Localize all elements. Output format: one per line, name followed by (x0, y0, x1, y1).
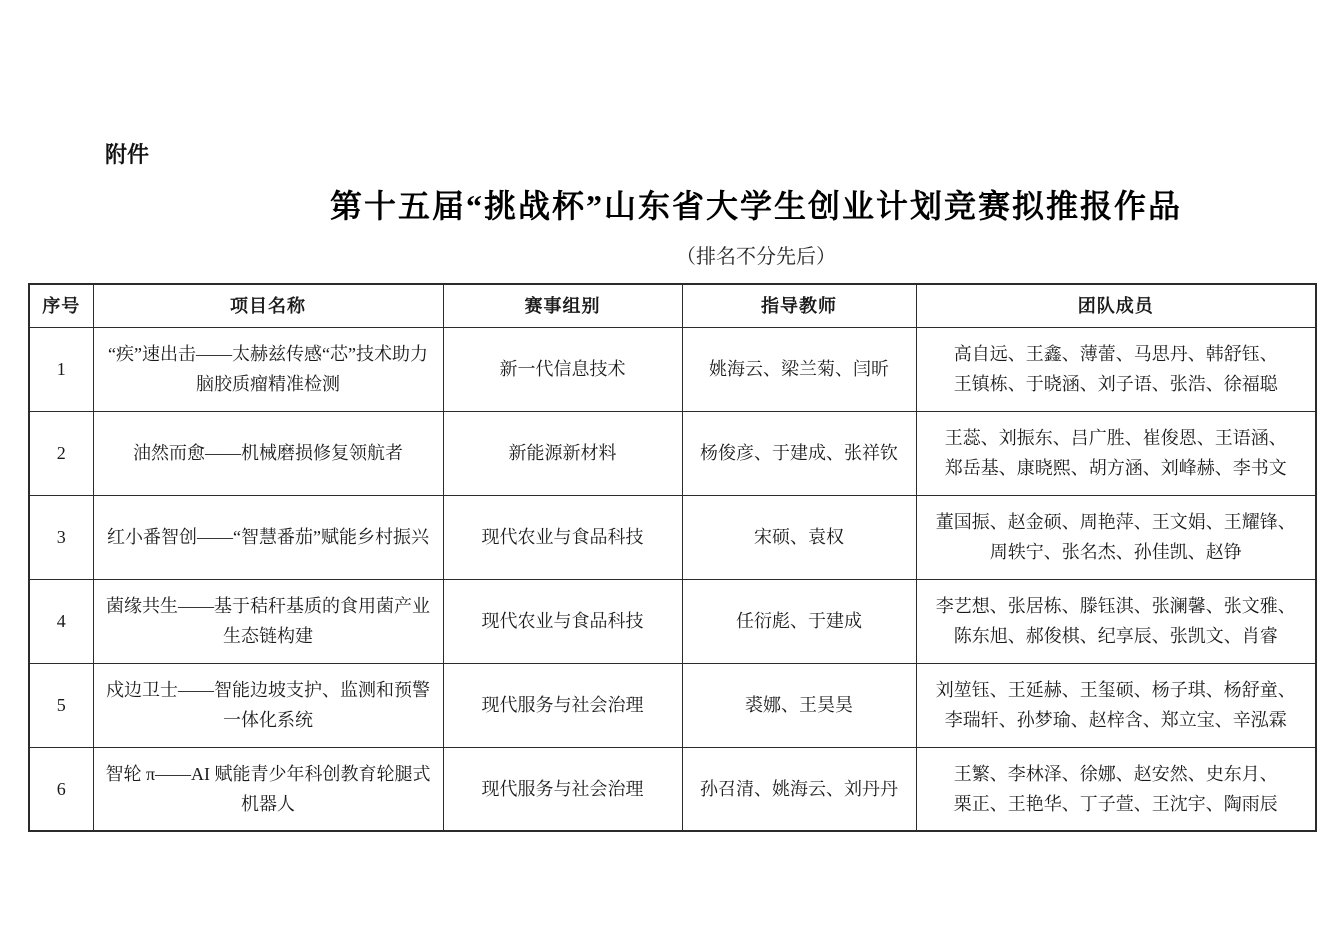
cell-category: 现代服务与社会治理 (443, 663, 682, 747)
cell-teachers: 任衍彪、于建成 (682, 579, 916, 663)
cell-teachers: 杨俊彦、于建成、张祥钦 (682, 411, 916, 495)
col-header-teachers: 指导教师 (682, 284, 916, 327)
page-title: 第十五届“挑战杯”山东省大学生创业计划竞赛拟推报作品 (170, 181, 1342, 227)
document-page: 附件 第十五届“挑战杯”山东省大学生创业计划竞赛拟推报作品 （排名不分先后） 序… (0, 0, 1342, 926)
table-row: 3 红小番智创——“智慧番茄”赋能乡村振兴 现代农业与食品科技 宋硕、袁权 董国… (29, 495, 1316, 579)
cell-project: “疾”速出击——太赫兹传感“芯”技术助力脑胶质瘤精准检测 (93, 327, 443, 411)
cell-category: 现代农业与食品科技 (443, 495, 682, 579)
cell-category: 新能源新材料 (443, 411, 682, 495)
cell-project: 红小番智创——“智慧番茄”赋能乡村振兴 (93, 495, 443, 579)
attachment-label: 附件 (105, 138, 149, 169)
col-header-no: 序号 (29, 284, 93, 327)
cell-project: 戍边卫士——智能边坡支护、监测和预警一体化系统 (93, 663, 443, 747)
cell-no: 1 (29, 327, 93, 411)
cell-category: 现代农业与食品科技 (443, 579, 682, 663)
col-header-category: 赛事组别 (443, 284, 682, 327)
projects-table: 序号 项目名称 赛事组别 指导教师 团队成员 1 “疾”速出击——太赫兹传感“芯… (28, 283, 1317, 832)
table-header-row: 序号 项目名称 赛事组别 指导教师 团队成员 (29, 284, 1316, 327)
cell-members: 王繁、李林泽、徐娜、赵安然、史东月、栗正、王艳华、丁子萱、王沈宇、陶雨辰 (916, 747, 1316, 831)
cell-teachers: 裘娜、王昊昊 (682, 663, 916, 747)
col-header-project: 项目名称 (93, 284, 443, 327)
cell-members: 高自远、王鑫、薄蕾、马思丹、韩舒钰、王镇栋、于晓涵、刘子语、张浩、徐福聪 (916, 327, 1316, 411)
table-row: 4 菌缘共生——基于秸秆基质的食用菌产业生态链构建 现代农业与食品科技 任衍彪、… (29, 579, 1316, 663)
cell-project: 菌缘共生——基于秸秆基质的食用菌产业生态链构建 (93, 579, 443, 663)
col-header-members: 团队成员 (916, 284, 1316, 327)
cell-members: 李艺想、张居栋、滕钰淇、张澜馨、张文雅、陈东旭、郝俊棋、纪享辰、张凯文、肖睿 (916, 579, 1316, 663)
cell-no: 6 (29, 747, 93, 831)
cell-project: 油然而愈——机械磨损修复领航者 (93, 411, 443, 495)
cell-project: 智轮 π——AI 赋能青少年科创教育轮腿式机器人 (93, 747, 443, 831)
table-row: 6 智轮 π——AI 赋能青少年科创教育轮腿式机器人 现代服务与社会治理 孙召清… (29, 747, 1316, 831)
cell-no: 4 (29, 579, 93, 663)
cell-category: 新一代信息技术 (443, 327, 682, 411)
cell-members: 刘堃钰、王延赫、王玺硕、杨子琪、杨舒童、李瑞轩、孙梦瑜、赵梓含、郑立宝、辛泓霖 (916, 663, 1316, 747)
cell-no: 2 (29, 411, 93, 495)
cell-no: 3 (29, 495, 93, 579)
cell-teachers: 姚海云、梁兰菊、闫昕 (682, 327, 916, 411)
table-row: 2 油然而愈——机械磨损修复领航者 新能源新材料 杨俊彦、于建成、张祥钦 王蕊、… (29, 411, 1316, 495)
page-subtitle: （排名不分先后） (170, 240, 1342, 269)
cell-members: 王蕊、刘振东、吕广胜、崔俊恩、王语涵、郑岳基、康晓熙、胡方涵、刘峰赫、李书文 (916, 411, 1316, 495)
cell-teachers: 宋硕、袁权 (682, 495, 916, 579)
table-row: 5 戍边卫士——智能边坡支护、监测和预警一体化系统 现代服务与社会治理 裘娜、王… (29, 663, 1316, 747)
cell-teachers: 孙召清、姚海云、刘丹丹 (682, 747, 916, 831)
table-row: 1 “疾”速出击——太赫兹传感“芯”技术助力脑胶质瘤精准检测 新一代信息技术 姚… (29, 327, 1316, 411)
cell-members: 董国振、赵金硕、周艳萍、王文娟、王耀锋、周轶宁、张名杰、孙佳凯、赵铮 (916, 495, 1316, 579)
cell-no: 5 (29, 663, 93, 747)
cell-category: 现代服务与社会治理 (443, 747, 682, 831)
